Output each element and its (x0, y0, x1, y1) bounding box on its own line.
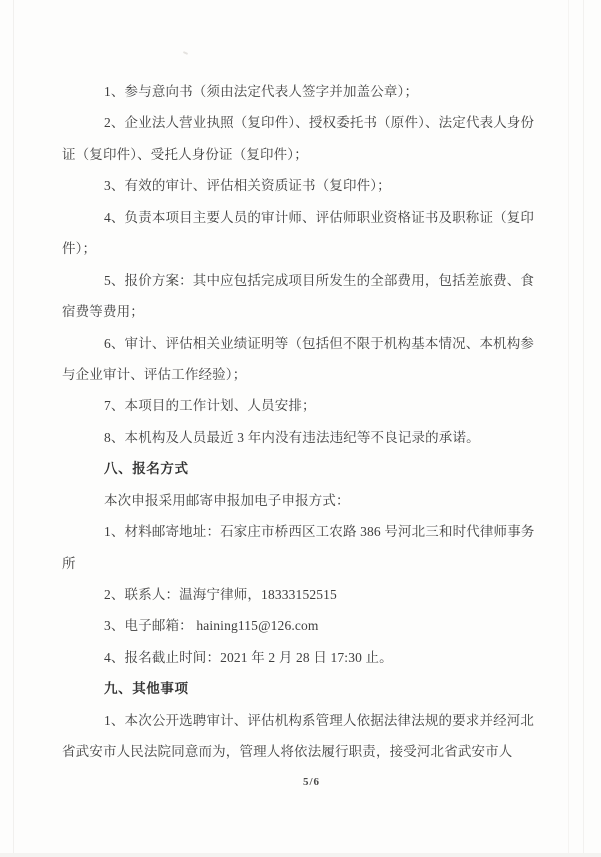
page-number: 5/6 (303, 776, 320, 788)
document-line: 与企业审计、评估工作经验）； (62, 359, 562, 390)
document-line: 1、本次公开选聘审计、评估机构系管理人依据法律法规的要求并经河北 (62, 705, 562, 736)
document-line: 4、负责本项目主要人员的审计师、评估师职业资格证书及职称证（复印 (62, 202, 562, 233)
document-line: 7、本项目的工作计划、人员安排； (62, 390, 562, 421)
section-heading-registration: 八、报名方式 (62, 453, 562, 484)
document-line-email: 3、电子邮箱： haining115@126.com (62, 610, 562, 641)
page-left-edge-line (13, 0, 14, 857)
document-line: 本次申报采用邮寄申报加电子申报方式： (62, 485, 562, 516)
document-line: 3、有效的审计、评估相关资质证书（复印件）； (62, 170, 562, 201)
document-line: 2、企业法人营业执照（复印件）、授权委托书（原件）、法定代表人身份 (62, 107, 562, 138)
document-line: 1、参与意向书（须由法定代表人签字并加盖公章）； (62, 76, 562, 107)
document-line: 宿费等费用； (62, 296, 562, 327)
document-line: 所 (62, 548, 562, 579)
scanned-document-page: 1、参与意向书（须由法定代表人签字并加盖公章）； 2、企业法人营业执照（复印件）… (0, 0, 601, 857)
scan-artifact (183, 51, 188, 55)
document-body: 1、参与意向书（须由法定代表人签字并加盖公章）； 2、企业法人营业执照（复印件）… (62, 76, 562, 768)
document-line: 件）； (62, 233, 562, 264)
document-line-contact: 2、联系人：温海宁律师，18333152515 (62, 579, 562, 610)
page-right-edge-line (583, 0, 584, 857)
document-line: 6、审计、评估相关业绩证明等（包括但不限于机构基本情况、本机构参 (62, 328, 562, 359)
section-heading-other-matters: 九、其他事项 (62, 673, 562, 704)
document-line: 1、材料邮寄地址：石家庄市桥西区工农路 386 号河北三和时代律师事务 (62, 516, 562, 547)
page-bottom-edge (0, 853, 601, 857)
document-line: 证（复印件）、受托人身份证（复印件）； (62, 139, 562, 170)
document-line: 省武安市人民法院同意而为，管理人将依法履行职责，接受河北省武安市人 (62, 736, 562, 767)
document-line: 8、本机构及人员最近 3 年内没有违法违纪等不良记录的承诺。 (62, 422, 562, 453)
page-right-edge-line (568, 0, 569, 857)
document-line-deadline: 4、报名截止时间：2021 年 2 月 28 日 17:30 止。 (62, 642, 562, 673)
document-line: 5、报价方案：其中应包括完成项目所发生的全部费用，包括差旅费、食 (62, 265, 562, 296)
